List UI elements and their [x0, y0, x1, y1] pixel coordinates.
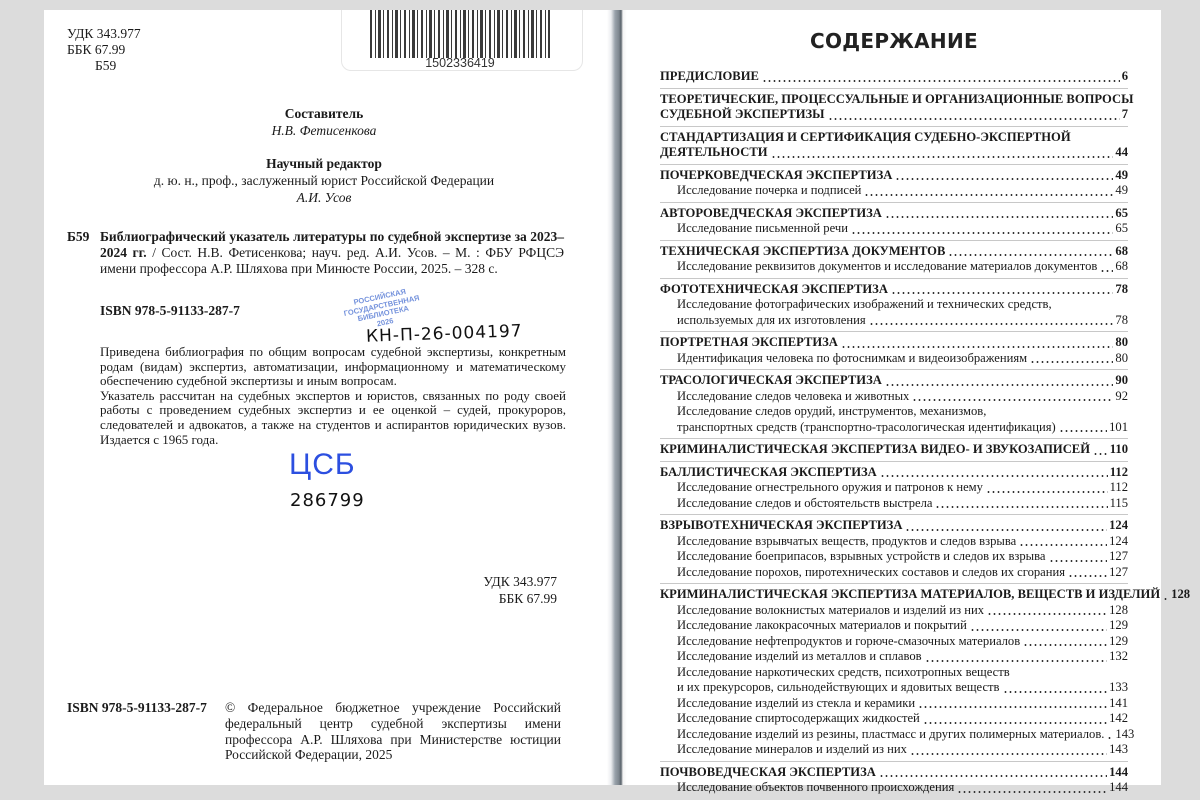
- toc-chapter-line: ПОРТРЕТНАЯ ЭКСПЕРТИЗА80: [660, 335, 1128, 351]
- toc-chapter-label: АВТОРОВЕДЧЕСКАЯ ЭКСПЕРТИЗА: [660, 206, 882, 222]
- dot-leader: [828, 118, 1120, 120]
- toc-section: ТРАСОЛОГИЧЕСКАЯ ЭКСПЕРТИЗА90Исследование…: [660, 369, 1128, 435]
- toc-chapter[interactable]: БАЛЛИСТИЧЕСКАЯ ЭКСПЕРТИЗА112: [660, 465, 1128, 481]
- toc-chapter-label: ТЕХНИЧЕСКАЯ ЭКСПЕРТИЗА ДОКУМЕНТОВ: [660, 244, 945, 260]
- dot-leader: [948, 254, 1113, 256]
- toc-subsection-line: Исследование объектов почвенного происхо…: [677, 780, 1128, 796]
- book-spread: УДК 343.977 ББК 67.99 Б59 1502336419 Сос…: [44, 10, 1161, 785]
- page-number: 49: [1115, 168, 1128, 184]
- page-number: 90: [1115, 373, 1128, 389]
- page-number: 124: [1109, 534, 1128, 550]
- page-number: 115: [1110, 496, 1128, 512]
- toc-section: ВЗРЫВОТЕХНИЧЕСКАЯ ЭКСПЕРТИЗА124Исследова…: [660, 514, 1128, 580]
- toc-subsection[interactable]: Исследование фотографических изображений…: [660, 297, 1128, 328]
- page-number: 144: [1109, 780, 1128, 796]
- page-number: 112: [1110, 465, 1128, 481]
- toc-chapter-line: ПРЕДИСЛОВИЕ6: [660, 69, 1128, 85]
- toc-subsection[interactable]: Исследование письменной речи65: [660, 221, 1128, 237]
- toc-chapter[interactable]: ПОРТРЕТНАЯ ЭКСПЕРТИЗА80: [660, 335, 1128, 351]
- toc-subsection-label: и их прекурсоров, сильнодействующих и яд…: [677, 680, 1000, 696]
- toc-chapter-line: КРИМИНАЛИСТИЧЕСКАЯ ЭКСПЕРТИЗА МАТЕРИАЛОВ…: [660, 587, 1128, 603]
- record-text: Библиографический указатель литературы п…: [100, 229, 564, 278]
- toc-subsection-line: Исследование волокнистых материалов и из…: [677, 603, 1128, 619]
- dot-leader: [771, 156, 1114, 158]
- toc-subsection-line: и их прекурсоров, сильнодействующих и яд…: [677, 680, 1128, 696]
- page-number: 68: [1115, 244, 1128, 260]
- toc-subsection[interactable]: Исследование следов и обстоятельств выст…: [660, 496, 1128, 512]
- editor-name: А.И. Усов: [44, 189, 604, 206]
- page-number: 141: [1109, 696, 1128, 712]
- toc-subsection-label: Исследование изделий из металлов и сплав…: [677, 649, 922, 665]
- toc-chapter-line: БАЛЛИСТИЧЕСКАЯ ЭКСПЕРТИЗА112: [660, 465, 1128, 481]
- toc-subsection-line: Исследование минералов и изделий из них1…: [677, 742, 1128, 758]
- toc-chapter[interactable]: СТАНДАРТИЗАЦИЯ И СЕРТИФИКАЦИЯ СУДЕБНО-ЭК…: [660, 130, 1128, 161]
- page-number: 128: [1171, 587, 1190, 603]
- record-details: / Сост. Н.В. Фетисенкова; науч. ред. А.И…: [100, 245, 564, 276]
- toc-subsection[interactable]: Исследование взрывчатых веществ, продукт…: [660, 534, 1128, 550]
- dot-leader: [957, 791, 1107, 793]
- dot-leader: [918, 706, 1107, 708]
- toc-subsection-label: транспортных средств (транспортно-трасол…: [677, 420, 1056, 436]
- toc-chapter[interactable]: ВЗРЫВОТЕХНИЧЕСКАЯ ЭКСПЕРТИЗА124: [660, 518, 1128, 534]
- toc-subsection-label: Исследование реквизитов документов и исс…: [677, 259, 1097, 275]
- dot-leader: [923, 722, 1107, 724]
- footer-bbk: ББК 67.99: [464, 590, 557, 607]
- annotation-paragraph: Приведена библиография по общим вопросам…: [100, 345, 566, 389]
- toc-section: ПОЧЕРКОВЕДЧЕСКАЯ ЭКСПЕРТИЗА49Исследовани…: [660, 164, 1128, 199]
- toc-chapter-label: ПОРТРЕТНАЯ ЭКСПЕРТИЗА: [660, 335, 838, 351]
- toc-subsection-line: Исследование изделий из стекла и керамик…: [677, 696, 1128, 712]
- dot-leader: [851, 232, 1113, 234]
- page-number: 80: [1115, 335, 1128, 351]
- dot-leader: [987, 613, 1107, 615]
- toc-subsection[interactable]: Исследование изделий из стекла и керамик…: [660, 696, 1128, 712]
- toc-chapter-line: СУДЕБНОЙ ЭКСПЕРТИЗЫ7: [660, 107, 1128, 123]
- toc-section: ФОТОТЕХНИЧЕСКАЯ ЭКСПЕРТИЗА78Исследование…: [660, 278, 1128, 329]
- toc-subsection[interactable]: Исследование боеприпасов, взрывных устро…: [660, 549, 1128, 565]
- toc-chapter-label: ТЕОРЕТИЧЕСКИЕ, ПРОЦЕССУАЛЬНЫЕ И ОРГАНИЗА…: [660, 92, 1128, 108]
- toc-chapter[interactable]: ПОЧЕРКОВЕДЧЕСКАЯ ЭКСПЕРТИЗА49: [660, 168, 1128, 184]
- toc-chapter[interactable]: ТЕОРЕТИЧЕСКИЕ, ПРОЦЕССУАЛЬНЫЕ И ОРГАНИЗА…: [660, 92, 1128, 123]
- toc-section: ТЕОРЕТИЧЕСКИЕ, ПРОЦЕССУАЛЬНЫЕ И ОРГАНИЗА…: [660, 88, 1128, 123]
- toc-subsection[interactable]: Исследование изделий из резины, пластмас…: [660, 727, 1128, 743]
- toc-subsection-label: Исследование следов человека и животных: [677, 389, 909, 405]
- toc-chapter-line: ТЕХНИЧЕСКАЯ ЭКСПЕРТИЗА ДОКУМЕНТОВ68: [660, 244, 1128, 260]
- footer-isbn: ISBN 978-5-91133-287-7: [67, 700, 207, 716]
- page-number: 128: [1109, 603, 1128, 619]
- toc-chapter-label: СТАНДАРТИЗАЦИЯ И СЕРТИФИКАЦИЯ СУДЕБНО-ЭК…: [660, 130, 1128, 146]
- dot-leader: [910, 753, 1107, 755]
- editor-block: Научный редактор д. ю. н., проф., заслуж…: [44, 155, 604, 206]
- toc-chapter-label: КРИМИНАЛИСТИЧЕСКАЯ ЭКСПЕРТИЗА МАТЕРИАЛОВ…: [660, 587, 1160, 603]
- toc-section: СТАНДАРТИЗАЦИЯ И СЕРТИФИКАЦИЯ СУДЕБНО-ЭК…: [660, 126, 1128, 161]
- toc-subsection[interactable]: Исследование огнестрельного оружия и пат…: [660, 480, 1128, 496]
- toc-chapter-label: ПОЧЕРКОВЕДЧЕСКАЯ ЭКСПЕРТИЗА: [660, 168, 892, 184]
- dot-leader: [1030, 361, 1113, 363]
- toc-subsection-label: Исследование фотографических изображений…: [677, 297, 1128, 313]
- page-number: 124: [1109, 518, 1128, 534]
- dot-leader: [885, 216, 1114, 218]
- toc-subsection[interactable]: Исследование почерка и подписей49: [660, 183, 1128, 199]
- toc-subsection-line: Идентификация человека по фотоснимкам и …: [677, 351, 1128, 367]
- table-of-contents: ПРЕДИСЛОВИЕ6ТЕОРЕТИЧЕСКИЕ, ПРОЦЕССУАЛЬНЫ…: [660, 66, 1128, 799]
- toc-subsection[interactable]: Идентификация человека по фотоснимкам и …: [660, 351, 1128, 367]
- dot-leader: [864, 194, 1113, 196]
- toc-subsection-label: Исследование боеприпасов, взрывных устро…: [677, 549, 1046, 565]
- dot-leader: [891, 292, 1113, 294]
- toc-subsection-line: транспортных средств (транспортно-трасол…: [677, 420, 1128, 436]
- toc-chapter-label: КРИМИНАЛИСТИЧЕСКАЯ ЭКСПЕРТИЗА ВИДЕО- И З…: [660, 442, 1090, 458]
- toc-subsection-line: Исследование порохов, пиротехнических со…: [677, 565, 1128, 581]
- dot-leader: [1003, 691, 1108, 693]
- toc-subsection[interactable]: Исследование спиртосодержащих жидкостей1…: [660, 711, 1128, 727]
- classification-codes: УДК 343.977 ББК 67.99 Б59: [67, 26, 141, 74]
- dot-leader: [1049, 560, 1108, 562]
- annotation-paragraph: Указатель рассчитан на судебных эксперто…: [100, 389, 566, 447]
- copyright-notice: © Федеральное бюджетное учреждение Росси…: [225, 700, 561, 763]
- toc-subsection-label: Исследование волокнистых материалов и из…: [677, 603, 984, 619]
- dot-leader: [912, 399, 1113, 401]
- page-number: 101: [1109, 420, 1128, 436]
- page-number: 127: [1109, 565, 1128, 581]
- toc-chapter-line: ПОЧВОВЕДЧЕСКАЯ ЭКСПЕРТИЗА144: [660, 765, 1128, 781]
- toc-subsection-line: Исследование следов и обстоятельств выст…: [677, 496, 1128, 512]
- toc-section: КРИМИНАЛИСТИЧЕСКАЯ ЭКСПЕРТИЗА ВИДЕО- И З…: [660, 438, 1128, 458]
- annotation: Приведена библиография по общим вопросам…: [100, 345, 566, 447]
- toc-subsection-label: Исследование изделий из резины, пластмас…: [677, 727, 1104, 743]
- toc-chapter-label: ВЗРЫВОТЕХНИЧЕСКАЯ ЭКСПЕРТИЗА: [660, 518, 902, 534]
- toc-chapter[interactable]: ТРАСОЛОГИЧЕСКАЯ ЭКСПЕРТИЗА90: [660, 373, 1128, 389]
- barcode-number: 1502336419: [370, 56, 550, 70]
- toc-subsection[interactable]: Исследование следов человека и животных9…: [660, 389, 1128, 405]
- toc-section: ПРЕДИСЛОВИЕ6: [660, 66, 1128, 85]
- page-number: 143: [1109, 742, 1128, 758]
- toc-subsection[interactable]: Исследование объектов почвенного происхо…: [660, 780, 1128, 796]
- page-number: 65: [1115, 206, 1128, 222]
- compiler-role: Составитель: [44, 105, 604, 122]
- page-number: 78: [1115, 313, 1128, 329]
- toc-chapter[interactable]: АВТОРОВЕДЧЕСКАЯ ЭКСПЕРТИЗА65: [660, 206, 1128, 222]
- toc-chapter-line: ДЕЯТЕЛЬНОСТИ44: [660, 145, 1128, 161]
- toc-chapter[interactable]: ТЕХНИЧЕСКАЯ ЭКСПЕРТИЗА ДОКУМЕНТОВ68: [660, 244, 1128, 260]
- toc-chapter-label: БАЛЛИСТИЧЕСКАЯ ЭКСПЕРТИЗА: [660, 465, 877, 481]
- toc-subsection[interactable]: Исследование наркотических средств, псих…: [660, 665, 1128, 696]
- toc-subsection-label: Исследование изделий из стекла и керамик…: [677, 696, 915, 712]
- toc-chapter[interactable]: КРИМИНАЛИСТИЧЕСКАЯ ЭКСПЕРТИЗА ВИДЕО- И З…: [660, 442, 1128, 458]
- toc-subsection-line: Исследование изделий из металлов и сплав…: [677, 649, 1128, 665]
- compiler-block: Составитель Н.В. Фетисенкова: [44, 105, 604, 139]
- toc-chapter-label: СУДЕБНОЙ ЭКСПЕРТИЗЫ: [660, 107, 825, 123]
- barcode-sticker: 1502336419: [341, 10, 583, 71]
- book-spine: [607, 10, 627, 785]
- dot-leader: [1019, 544, 1107, 546]
- toc-section: АВТОРОВЕДЧЕСКАЯ ЭКСПЕРТИЗА65Исследование…: [660, 202, 1128, 237]
- page-number: 129: [1109, 618, 1128, 634]
- page-number: 143: [1115, 727, 1134, 743]
- toc-subsection-line: Исследование изделий из резины, пластмас…: [677, 727, 1128, 743]
- dot-leader: [869, 323, 1114, 325]
- toc-subsection-line: используемых для их изготовления78: [677, 313, 1128, 329]
- page-number: 144: [1109, 765, 1128, 781]
- author-mark: Б59: [67, 58, 141, 74]
- toc-chapter-label: ФОТОТЕХНИЧЕСКАЯ ЭКСПЕРТИЗА: [660, 282, 888, 298]
- footer-classification-codes: УДК 343.977 ББК 67.99: [464, 573, 557, 607]
- toc-subsection-line: Исследование спиртосодержащих жидкостей1…: [677, 711, 1128, 727]
- dot-leader: [1163, 598, 1169, 600]
- dot-leader: [879, 775, 1107, 777]
- toc-chapter-line: АВТОРОВЕДЧЕСКАЯ ЭКСПЕРТИЗА65: [660, 206, 1128, 222]
- record-mark: Б59: [67, 229, 89, 245]
- bbk-code: ББК 67.99: [67, 42, 141, 58]
- page-number: 129: [1109, 634, 1128, 650]
- toc-chapter[interactable]: ПРЕДИСЛОВИЕ6: [660, 69, 1128, 85]
- toc-subsection-line: Исследование следов человека и животных9…: [677, 389, 1128, 405]
- page-number: 127: [1109, 549, 1128, 565]
- editor-credentials: д. ю. н., проф., заслуженный юрист Росси…: [44, 172, 604, 189]
- toc-subsection-line: Исследование лакокрасочных материалов и …: [677, 618, 1128, 634]
- dot-leader: [895, 178, 1113, 180]
- dot-leader: [762, 80, 1120, 82]
- toc-subsection-label: Исследование нефтепродуктов и горюче-сма…: [677, 634, 1020, 650]
- toc-subsection[interactable]: Исследование лакокрасочных материалов и …: [660, 618, 1128, 634]
- toc-subsection-line: Исследование боеприпасов, взрывных устро…: [677, 549, 1128, 565]
- toc-subsection-label: Исследование спиртосодержащих жидкостей: [677, 711, 920, 727]
- toc-subsection-label: Исследование лакокрасочных материалов и …: [677, 618, 967, 634]
- bleed-through-text: [344, 70, 574, 84]
- toc-section: ТЕХНИЧЕСКАЯ ЭКСПЕРТИЗА ДОКУМЕНТОВ68Иссле…: [660, 240, 1128, 275]
- toc-section: БАЛЛИСТИЧЕСКАЯ ЭКСПЕРТИЗА112Исследование…: [660, 461, 1128, 512]
- toc-subsection-line: Исследование почерка и подписей49: [677, 183, 1128, 199]
- dot-leader: [986, 491, 1108, 493]
- toc-subsection-label: используемых для их изготовления: [677, 313, 866, 329]
- dot-leader: [970, 629, 1107, 631]
- page-number: 49: [1115, 183, 1128, 199]
- dot-leader: [885, 384, 1114, 386]
- toc-subsection-label: Исследование письменной речи: [677, 221, 848, 237]
- toc-section: КРИМИНАЛИСТИЧЕСКАЯ ЭКСПЕРТИЗА МАТЕРИАЛОВ…: [660, 583, 1128, 758]
- toc-subsection-label: Исследование наркотических средств, псих…: [677, 665, 1128, 681]
- imprint-page: УДК 343.977 ББК 67.99 Б59 1502336419 Сос…: [44, 10, 604, 785]
- barcode-icon: [370, 10, 550, 58]
- dot-leader: [841, 346, 1114, 348]
- toc-subsection[interactable]: Исследование следов орудий, инструментов…: [660, 404, 1128, 435]
- toc-chapter[interactable]: КРИМИНАЛИСТИЧЕСКАЯ ЭКСПЕРТИЗА МАТЕРИАЛОВ…: [660, 587, 1128, 603]
- toc-chapter-line: ФОТОТЕХНИЧЕСКАЯ ЭКСПЕРТИЗА78: [660, 282, 1128, 298]
- toc-subsection-line: Исследование реквизитов документов и исс…: [677, 259, 1128, 275]
- page-number: 65: [1115, 221, 1128, 237]
- toc-subsection[interactable]: Исследование изделий из металлов и сплав…: [660, 649, 1128, 665]
- toc-subsection[interactable]: Исследование порохов, пиротехнических со…: [660, 565, 1128, 581]
- handwritten-number: 286799: [290, 490, 365, 511]
- dot-leader: [880, 475, 1108, 477]
- udk-code: УДК 343.977: [67, 26, 141, 42]
- toc-subsection-label: Исследование порохов, пиротехнических со…: [677, 565, 1065, 581]
- dot-leader: [1100, 270, 1113, 272]
- page-number: 132: [1109, 649, 1128, 665]
- toc-subsection-label: Исследование следов и обстоятельств выст…: [677, 496, 932, 512]
- dot-leader: [935, 506, 1107, 508]
- isbn: ISBN 978-5-91133-287-7: [100, 303, 240, 319]
- page-number: 110: [1110, 442, 1128, 458]
- toc-subsection-line: Исследование огнестрельного оружия и пат…: [677, 480, 1128, 496]
- page-number: 92: [1115, 389, 1128, 405]
- toc-subsection-line: Исследование нефтепродуктов и горюче-сма…: [677, 634, 1128, 650]
- toc-chapter-line: ТРАСОЛОГИЧЕСКАЯ ЭКСПЕРТИЗА90: [660, 373, 1128, 389]
- page-number: 6: [1122, 69, 1128, 85]
- dot-leader: [1068, 575, 1107, 577]
- dot-leader: [1093, 453, 1108, 455]
- page-number: 44: [1115, 145, 1128, 161]
- toc-subsection[interactable]: Исследование реквизитов документов и исс…: [660, 259, 1128, 275]
- toc-subsection-label: Идентификация человека по фотоснимкам и …: [677, 351, 1027, 367]
- toc-section: ПОЧВОВЕДЧЕСКАЯ ЭКСПЕРТИЗА144Исследование…: [660, 761, 1128, 796]
- handwritten-inventory-code: КН-П-26-004197: [366, 321, 523, 346]
- toc-chapter-label: ТРАСОЛОГИЧЕСКАЯ ЭКСПЕРТИЗА: [660, 373, 882, 389]
- dot-leader: [1107, 737, 1113, 739]
- toc-chapter-line: КРИМИНАЛИСТИЧЕСКАЯ ЭКСПЕРТИЗА ВИДЕО- И З…: [660, 442, 1128, 458]
- page-number: 68: [1115, 259, 1128, 275]
- page-number: 142: [1109, 711, 1128, 727]
- toc-section: ПОРТРЕТНАЯ ЭКСПЕРТИЗА80Идентификация чел…: [660, 331, 1128, 366]
- toc-subsection-label: Исследование объектов почвенного происхо…: [677, 780, 954, 796]
- contents-title: СОДЕРЖАНИЕ: [627, 29, 1161, 53]
- toc-chapter[interactable]: ФОТОТЕХНИЧЕСКАЯ ЭКСПЕРТИЗА78: [660, 282, 1128, 298]
- page-number: 112: [1110, 480, 1128, 496]
- toc-subsection[interactable]: Исследование минералов и изделий из них1…: [660, 742, 1128, 758]
- dot-leader: [905, 529, 1107, 531]
- toc-chapter-label: ПОЧВОВЕДЧЕСКАЯ ЭКСПЕРТИЗА: [660, 765, 876, 781]
- footer-udk: УДК 343.977: [464, 573, 557, 590]
- page-number: 80: [1115, 351, 1128, 367]
- toc-subsection-label: Исследование почерка и подписей: [677, 183, 861, 199]
- toc-subsection[interactable]: Исследование нефтепродуктов и горюче-сма…: [660, 634, 1128, 650]
- toc-subsection-line: Исследование взрывчатых веществ, продукт…: [677, 534, 1128, 550]
- dot-leader: [925, 660, 1108, 662]
- toc-chapter[interactable]: ПОЧВОВЕДЧЕСКАЯ ЭКСПЕРТИЗА144: [660, 765, 1128, 781]
- toc-subsection-label: Исследование огнестрельного оружия и пат…: [677, 480, 983, 496]
- dot-leader: [1059, 430, 1107, 432]
- toc-chapter-line: ВЗРЫВОТЕХНИЧЕСКАЯ ЭКСПЕРТИЗА124: [660, 518, 1128, 534]
- page-number: 7: [1122, 107, 1128, 123]
- compiler-name: Н.В. Фетисенкова: [44, 122, 604, 139]
- contents-page: СОДЕРЖАНИЕ ПРЕДИСЛОВИЕ6ТЕОРЕТИЧЕСКИЕ, ПР…: [627, 10, 1161, 785]
- editor-role: Научный редактор: [44, 155, 604, 172]
- toc-subsection-label: Исследование взрывчатых веществ, продукт…: [677, 534, 1016, 550]
- page-number: 133: [1109, 680, 1128, 696]
- toc-subsection-label: Исследование следов орудий, инструментов…: [677, 404, 1128, 420]
- toc-subsection-line: Исследование письменной речи65: [677, 221, 1128, 237]
- toc-chapter-label: ПРЕДИСЛОВИЕ: [660, 69, 759, 85]
- page-number: 78: [1115, 282, 1128, 298]
- toc-chapter-label: ДЕЯТЕЛЬНОСТИ: [660, 145, 768, 161]
- toc-chapter-line: ПОЧЕРКОВЕДЧЕСКАЯ ЭКСПЕРТИЗА49: [660, 168, 1128, 184]
- toc-subsection-label: Исследование минералов и изделий из них: [677, 742, 907, 758]
- csb-stamp: ЦСБ: [289, 448, 356, 482]
- dot-leader: [1023, 644, 1107, 646]
- bibliographic-record: Б59 Библиографический указатель литерату…: [67, 229, 564, 278]
- toc-subsection[interactable]: Исследование волокнистых материалов и из…: [660, 603, 1128, 619]
